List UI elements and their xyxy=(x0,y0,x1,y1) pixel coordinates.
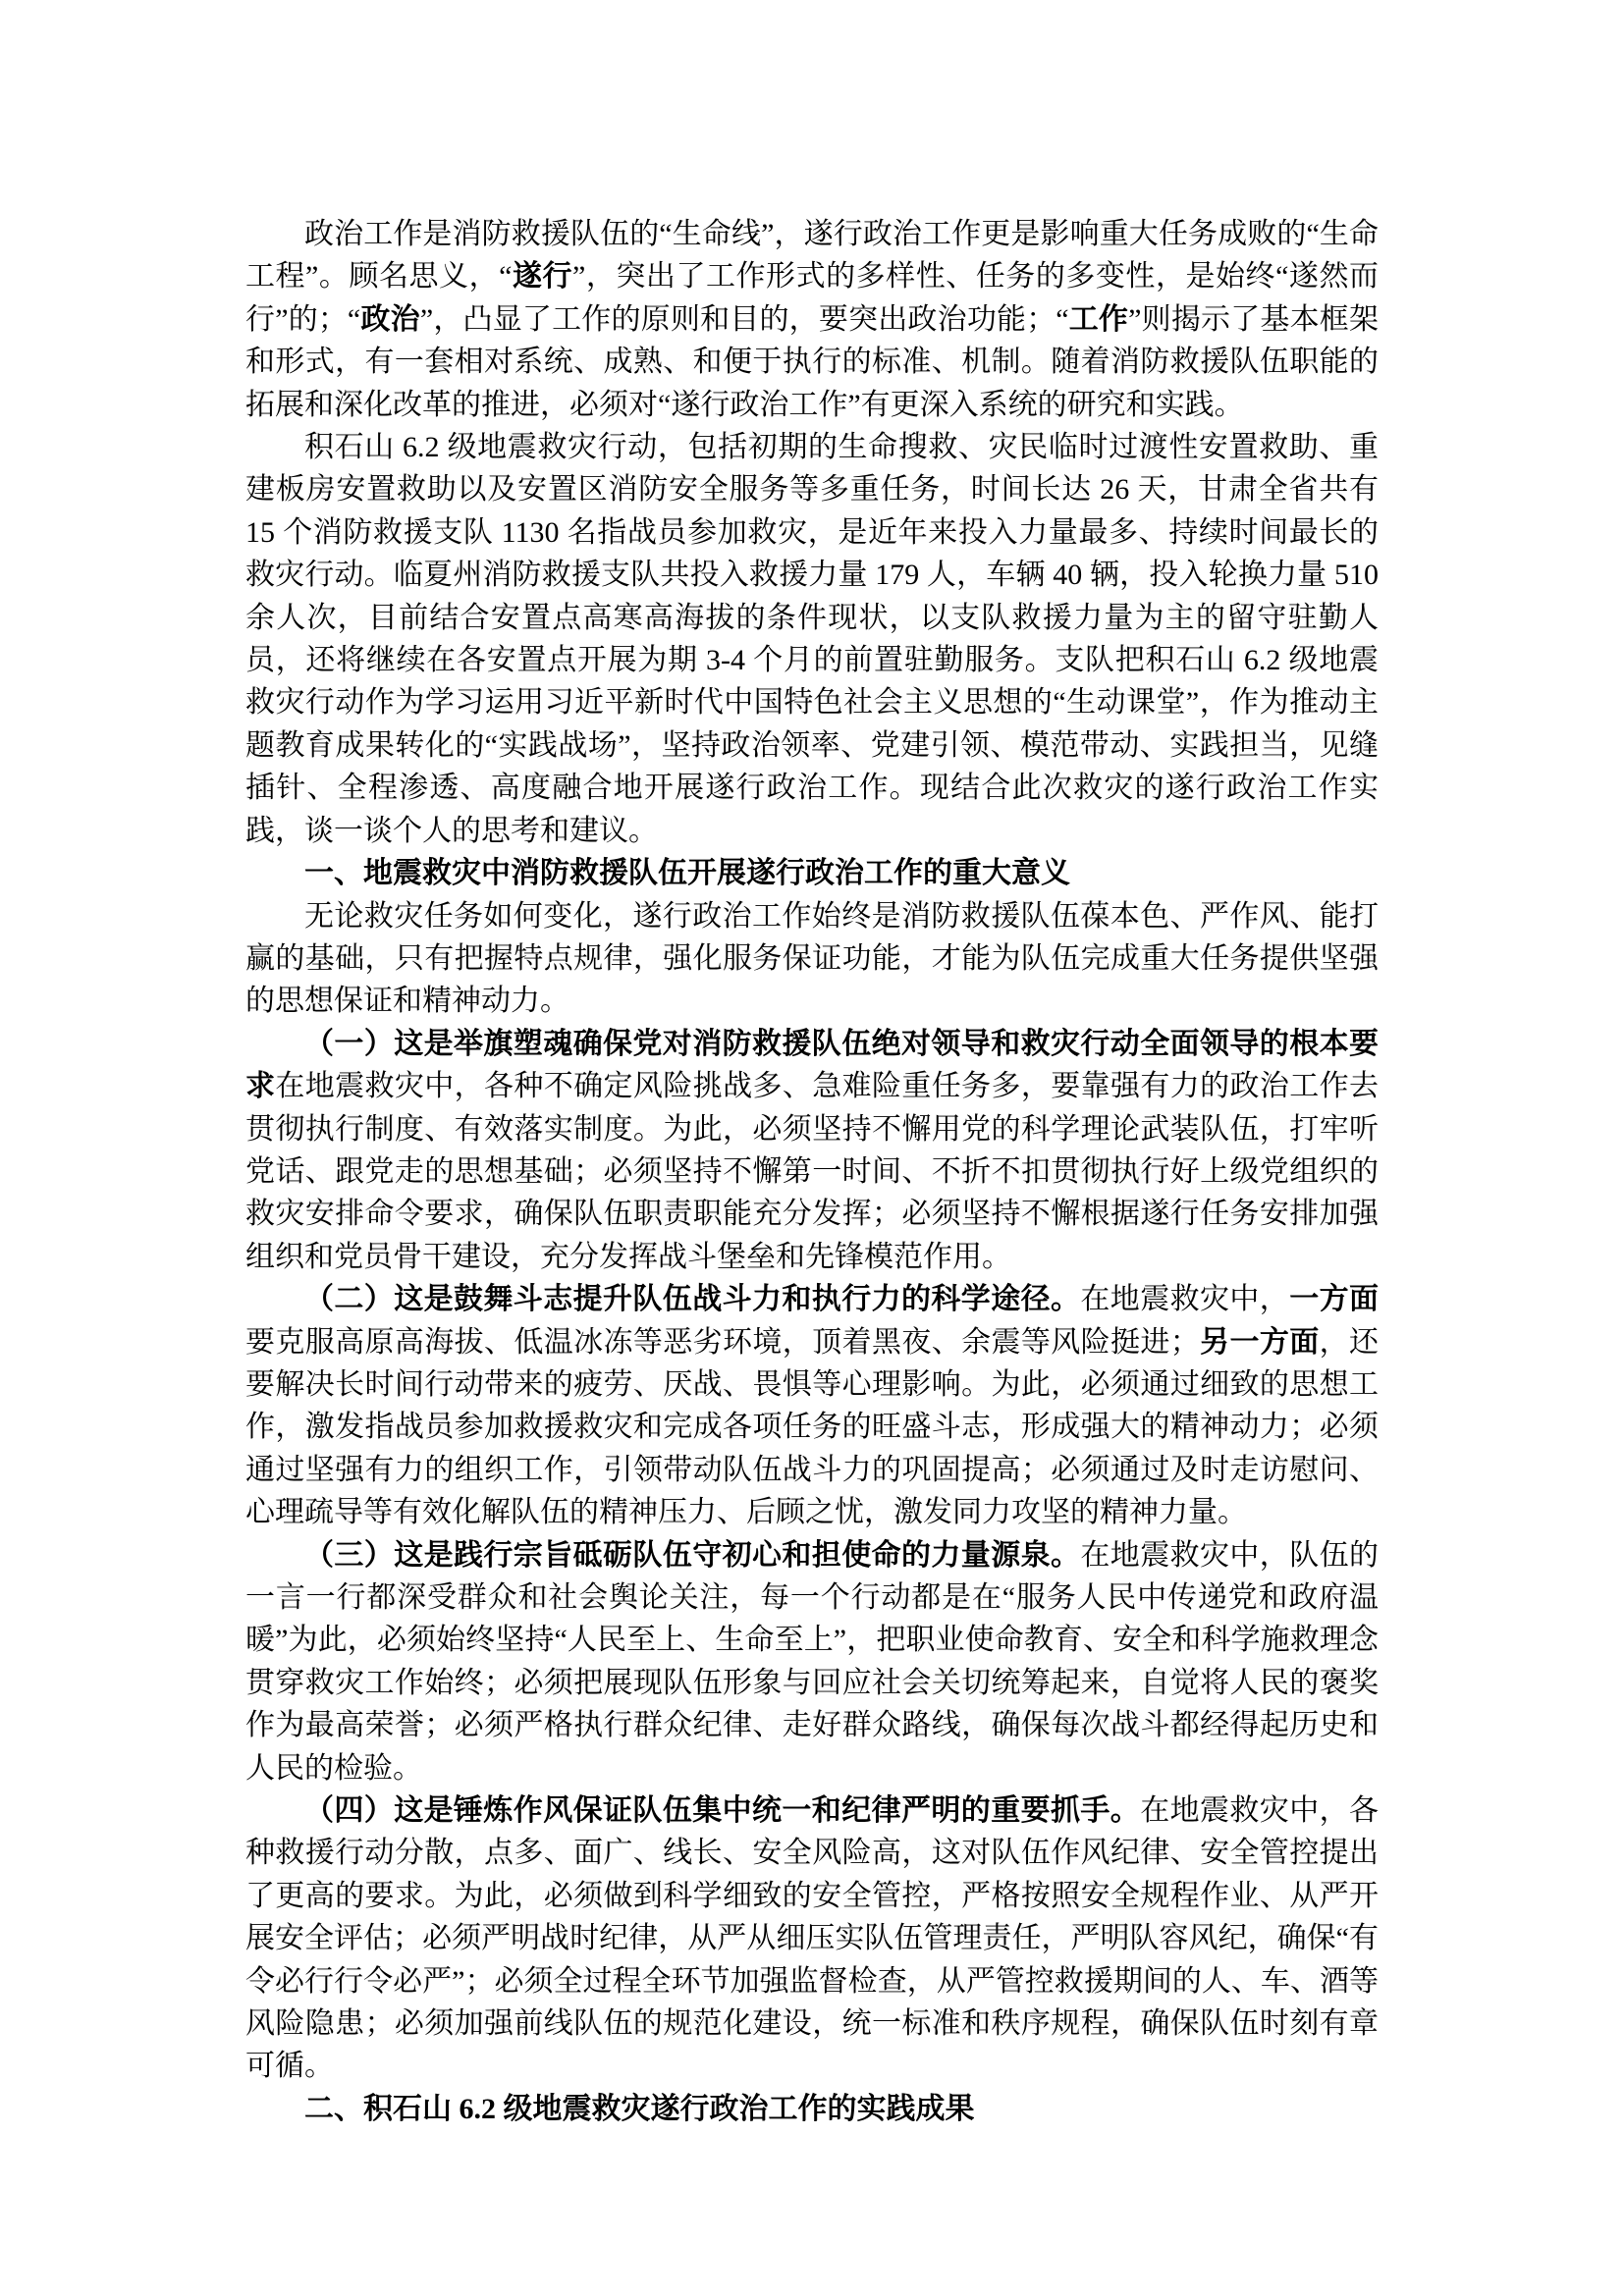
bold-text-run: 工作 xyxy=(1069,303,1129,336)
heading-text: 一、地震救灾中消防救援队伍开展遂行政治工作的重大意义 xyxy=(304,857,1070,889)
bold-text-run: 一方面 xyxy=(1289,1283,1379,1315)
bold-text-run: 政治 xyxy=(360,303,420,336)
text-run: 积石山 6.2 级地震救灾行动，包括初期的生命搜救、灾民临时过渡性安置救助、重建… xyxy=(245,431,1379,847)
bold-lead-run: （二）这是鼓舞斗志提升队伍战斗力和执行力的科学途径。 xyxy=(304,1283,1080,1315)
bold-lead-run: （四）这是锤炼作风保证队伍集中统一和纪律严明的重要抓手。 xyxy=(304,1794,1140,1827)
text-run: 在地震救灾中，各种救援行动分散，点多、面广、线长、安全风险高，这对队伍作风纪律、… xyxy=(245,1794,1379,2082)
bold-lead-run: （三）这是践行宗旨砥砺队伍守初心和担使命的力量源泉。 xyxy=(304,1539,1080,1572)
document-content: 政治工作是消防救援队伍的“生命线”，遂行政治工作更是影响重大任务成败的“生命工程… xyxy=(245,213,1379,2130)
bold-text-run: 遂行 xyxy=(512,260,572,293)
paragraph-significance-intro: 无论救灾任务如何变化，遂行政治工作始终是消防救援队伍葆本色、严作风、能打赢的基础… xyxy=(245,895,1379,1023)
text-run: 在地震救灾中， xyxy=(1080,1283,1289,1315)
text-run: 无论救灾任务如何变化，遂行政治工作始终是消防救援队伍葆本色、严作风、能打赢的基础… xyxy=(245,900,1379,1018)
paragraph-point-4: （四）这是锤炼作风保证队伍集中统一和纪律严明的重要抓手。在地震救灾中，各种救援行… xyxy=(245,1789,1379,2088)
paragraph-point-1: （一）这是举旗塑魂确保党对消防救援队伍绝对领导和救灾行动全面领导的根本要求在地震… xyxy=(245,1023,1379,1278)
paragraph-point-2: （二）这是鼓舞斗志提升队伍战斗力和执行力的科学途径。在地震救灾中，一方面要克服高… xyxy=(245,1278,1379,1533)
heading-section-1: 一、地震救灾中消防救援队伍开展遂行政治工作的重大意义 xyxy=(245,852,1379,894)
heading-text: 二、积石山 6.2 级地震救灾遂行政治工作的实践成果 xyxy=(304,2093,975,2125)
document-page: 政治工作是消防救援队伍的“生命线”，遂行政治工作更是影响重大任务成败的“生命工程… xyxy=(0,0,1624,2296)
paragraph-point-3: （三）这是践行宗旨砥砺队伍守初心和担使命的力量源泉。在地震救灾中，队伍的一言一行… xyxy=(245,1534,1379,1789)
text-run: ”，凸显了工作的原则和目的，要突出政治功能；“ xyxy=(420,303,1069,336)
text-run: 要克服高原高海拔、低温冰冻等恶劣环境，顶着黑夜、余震等风险挺进； xyxy=(245,1326,1200,1359)
paragraph-rescue-overview: 积石山 6.2 级地震救灾行动，包括初期的生命搜救、灾民临时过渡性安置救助、重建… xyxy=(245,426,1379,852)
paragraph-intro: 政治工作是消防救援队伍的“生命线”，遂行政治工作更是影响重大任务成败的“生命工程… xyxy=(245,213,1379,426)
bold-text-run: 另一方面 xyxy=(1200,1326,1320,1359)
heading-section-2: 二、积石山 6.2 级地震救灾遂行政治工作的实践成果 xyxy=(245,2088,1379,2130)
text-run: 在地震救灾中，队伍的一言一行都深受群众和社会舆论关注，每一个行动都是在“服务人民… xyxy=(245,1539,1379,1785)
text-run: 在地震救灾中，各种不确定风险挑战多、急难险重任务多，要靠强有力的政治工作去贯彻执… xyxy=(245,1070,1379,1273)
